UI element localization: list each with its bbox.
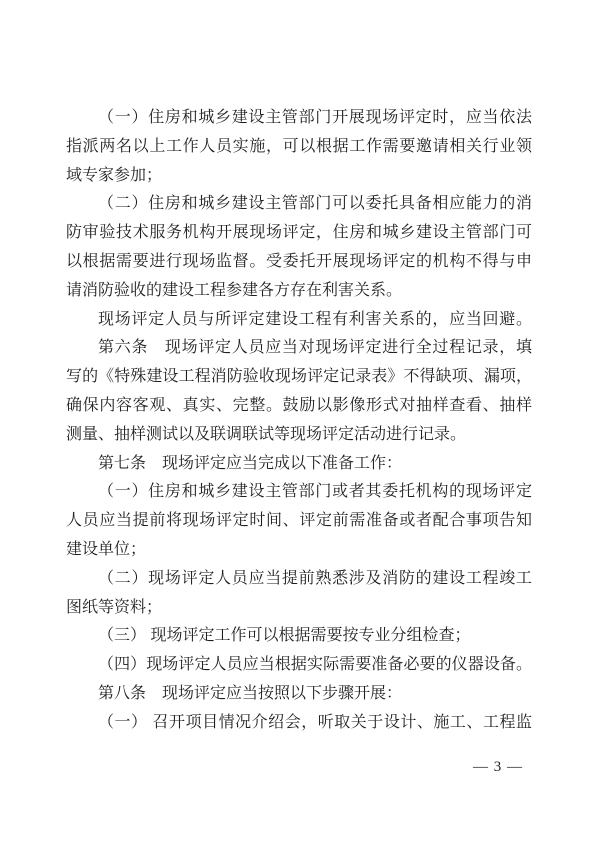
- body-line: 指派两名以上工作人员实施，可以根据工作需要邀请相关行业领: [66, 133, 532, 162]
- body-line: 防审验技术服务机构开展现场评定，住房和城乡建设主管部门可: [66, 219, 532, 248]
- body-line: （三） 现场评定工作可以根据需要按专业分组检查；: [66, 622, 532, 651]
- body-line: 请消防验收的建设工程参建各方存在利害关系。: [66, 277, 532, 306]
- document-body: （一）住房和城乡建设主管部门开展现场评定时，应当依法指派两名以上工作人员实施，可…: [66, 104, 532, 738]
- body-line: （四）现场评定人员应当根据实际需要准备必要的仪器设备。: [66, 651, 532, 680]
- body-line: （一）住房和城乡建设主管部门或者其委托机构的现场评定: [66, 478, 532, 507]
- page-number: — 3 —: [473, 759, 523, 776]
- body-line: （一）住房和城乡建设主管部门开展现场评定时，应当依法: [66, 104, 532, 133]
- body-line: 第八条 现场评定应当按照以下步骤开展：: [66, 680, 532, 709]
- body-line: 人员应当提前将现场评定时间、评定前需准备或者配合事项告知: [66, 507, 532, 536]
- body-line: 第七条 现场评定应当完成以下准备工作：: [66, 450, 532, 479]
- body-line: 测量、抽样测试以及联调联试等现场评定活动进行记录。: [66, 421, 532, 450]
- body-line: 建设单位；: [66, 536, 532, 565]
- body-line: （二）现场评定人员应当提前熟悉涉及消防的建设工程竣工: [66, 565, 532, 594]
- body-line: 域专家参加；: [66, 162, 532, 191]
- body-line: （一） 召开项目情况介绍会，听取关于设计、施工、工程监: [66, 709, 532, 738]
- document-page: （一）住房和城乡建设主管部门开展现场评定时，应当依法指派两名以上工作人员实施，可…: [0, 0, 600, 848]
- body-line: 写的《特殊建设工程消防验收现场评定记录表》不得缺项、漏项，: [66, 363, 532, 392]
- body-line: （二）住房和城乡建设主管部门可以委托具备相应能力的消: [66, 190, 532, 219]
- body-line: 以根据需要进行现场监督。受委托开展现场评定的机构不得与申: [66, 248, 532, 277]
- body-line: 确保内容客观、真实、完整。鼓励以影像形式对抽样查看、抽样: [66, 392, 532, 421]
- body-line: 第六条 现场评定人员应当对现场评定进行全过程记录，填: [66, 334, 532, 363]
- body-line: 图纸等资料；: [66, 594, 532, 623]
- body-line: 现场评定人员与所评定建设工程有利害关系的，应当回避。: [66, 306, 532, 335]
